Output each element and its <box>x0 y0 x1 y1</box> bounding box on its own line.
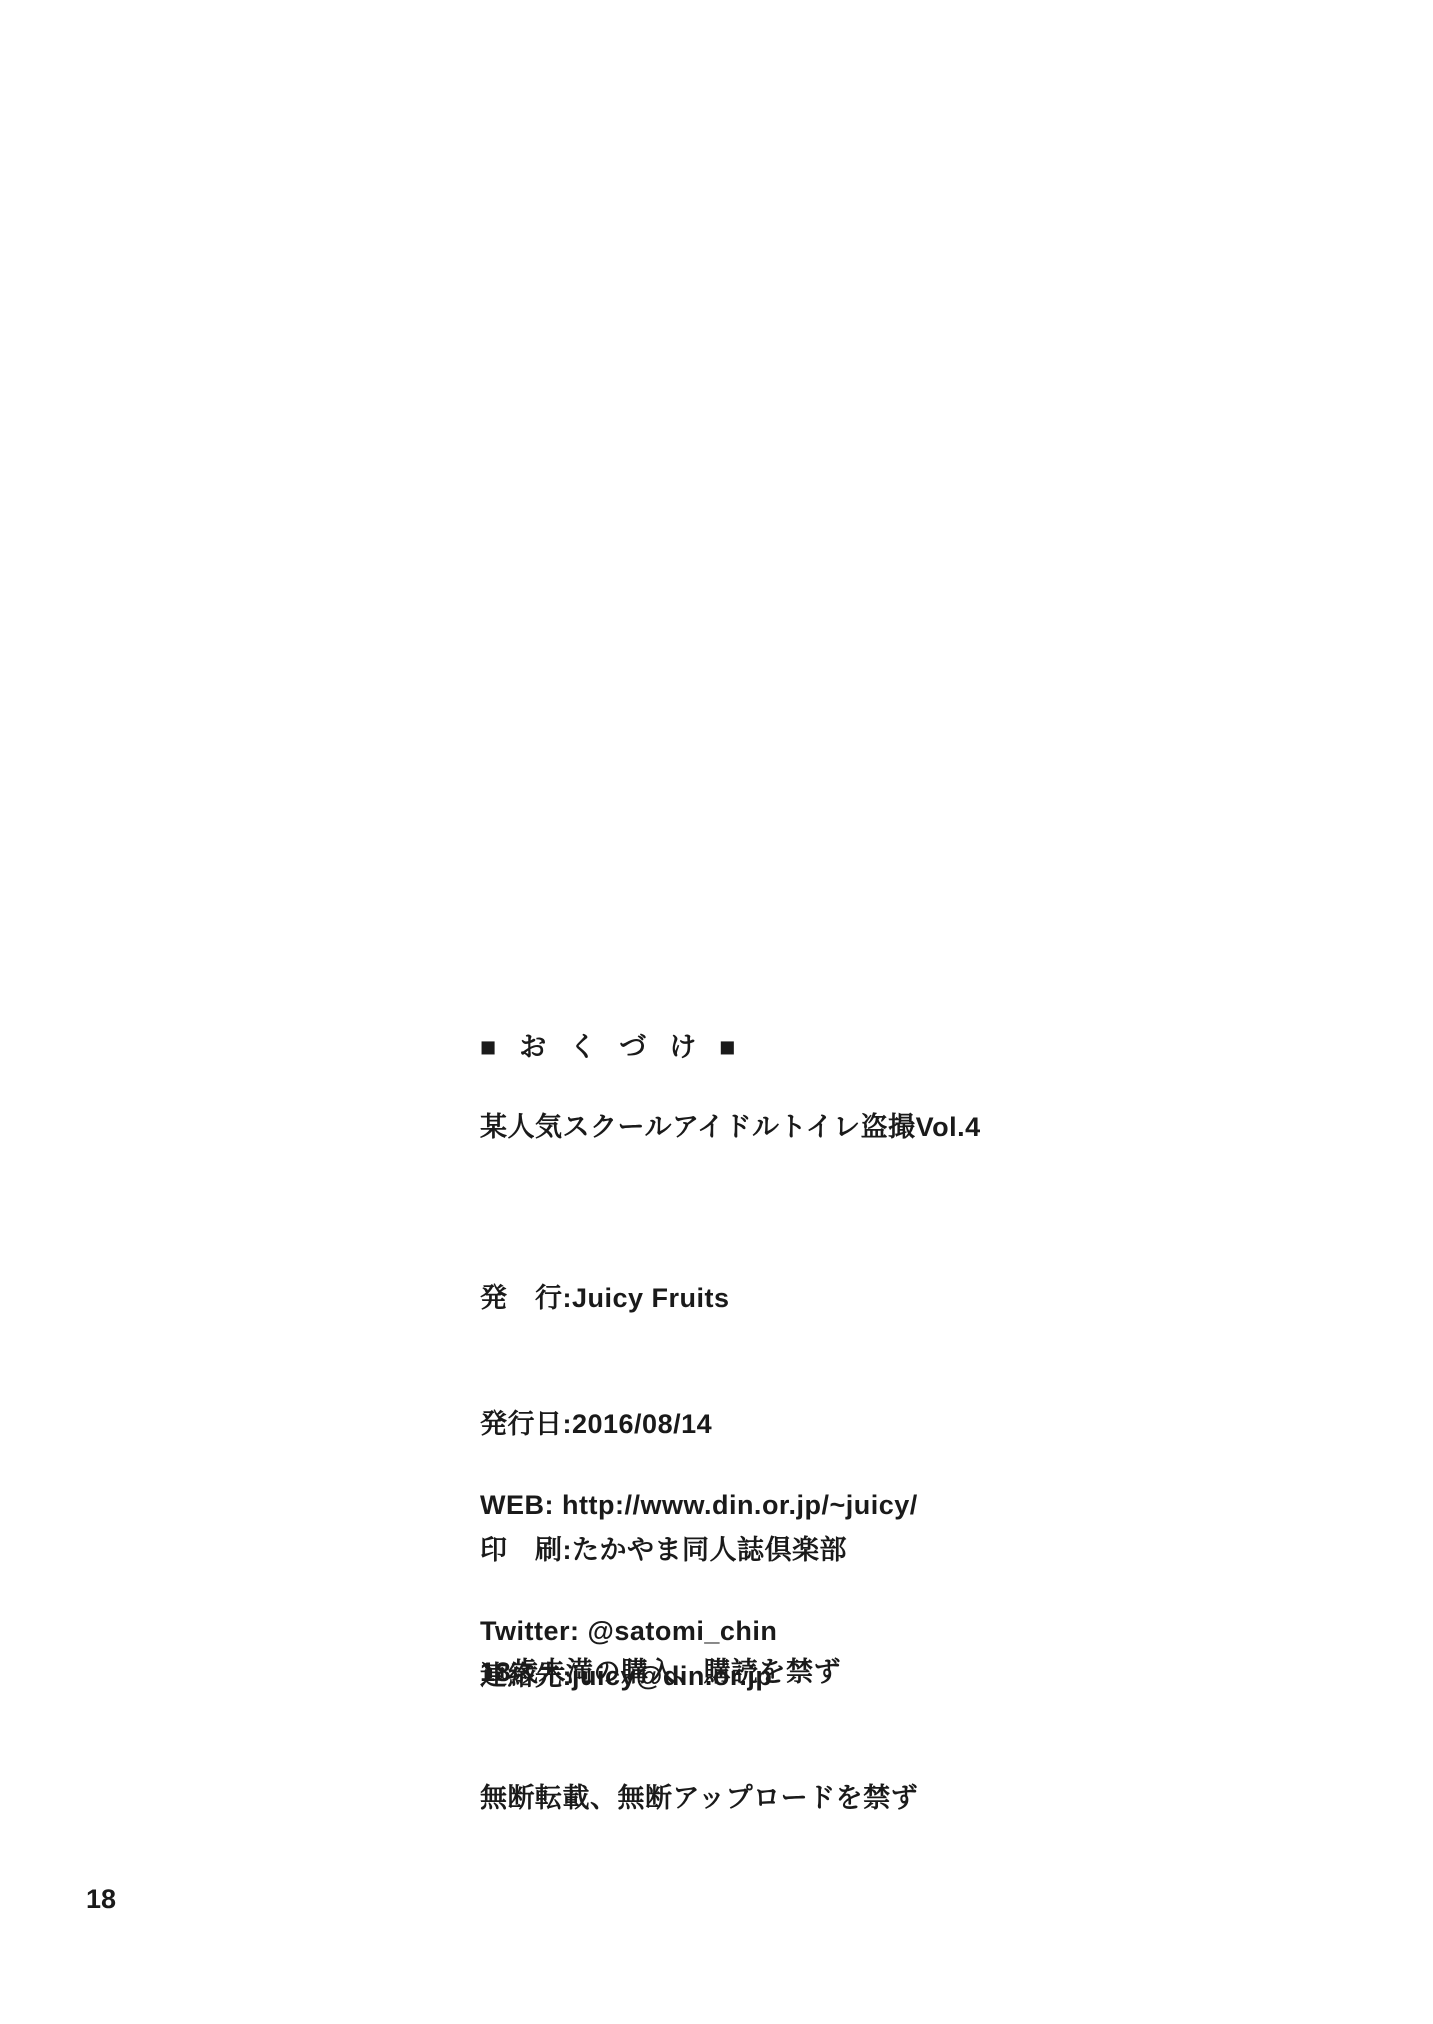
okuzuke-heading: ■おくづけ■ <box>480 1026 759 1068</box>
publisher-line: 発 行:Juicy Fruits <box>480 1277 847 1319</box>
no-reproduction-notice: 無断転載、無断アップロードを禁ず <box>480 1777 918 1819</box>
page-number: 18 <box>86 1878 116 1920</box>
doujin-title: 某人気スクールアイドルトイレ盗撮Vol.4 <box>480 1106 981 1148</box>
web-url-line: WEB: http://www.din.or.jp/~juicy/ <box>480 1484 918 1526</box>
age-restriction-notice: 18歳未満の購入、購読を禁ず <box>480 1651 918 1693</box>
colophon-page: ■おくづけ■ 某人気スクールアイドルトイレ盗撮Vol.4 発 行:Juicy F… <box>0 0 1433 2024</box>
notices: 18歳未満の購入、購読を禁ず 無断転載、無断アップロードを禁ず <box>480 1567 918 1903</box>
